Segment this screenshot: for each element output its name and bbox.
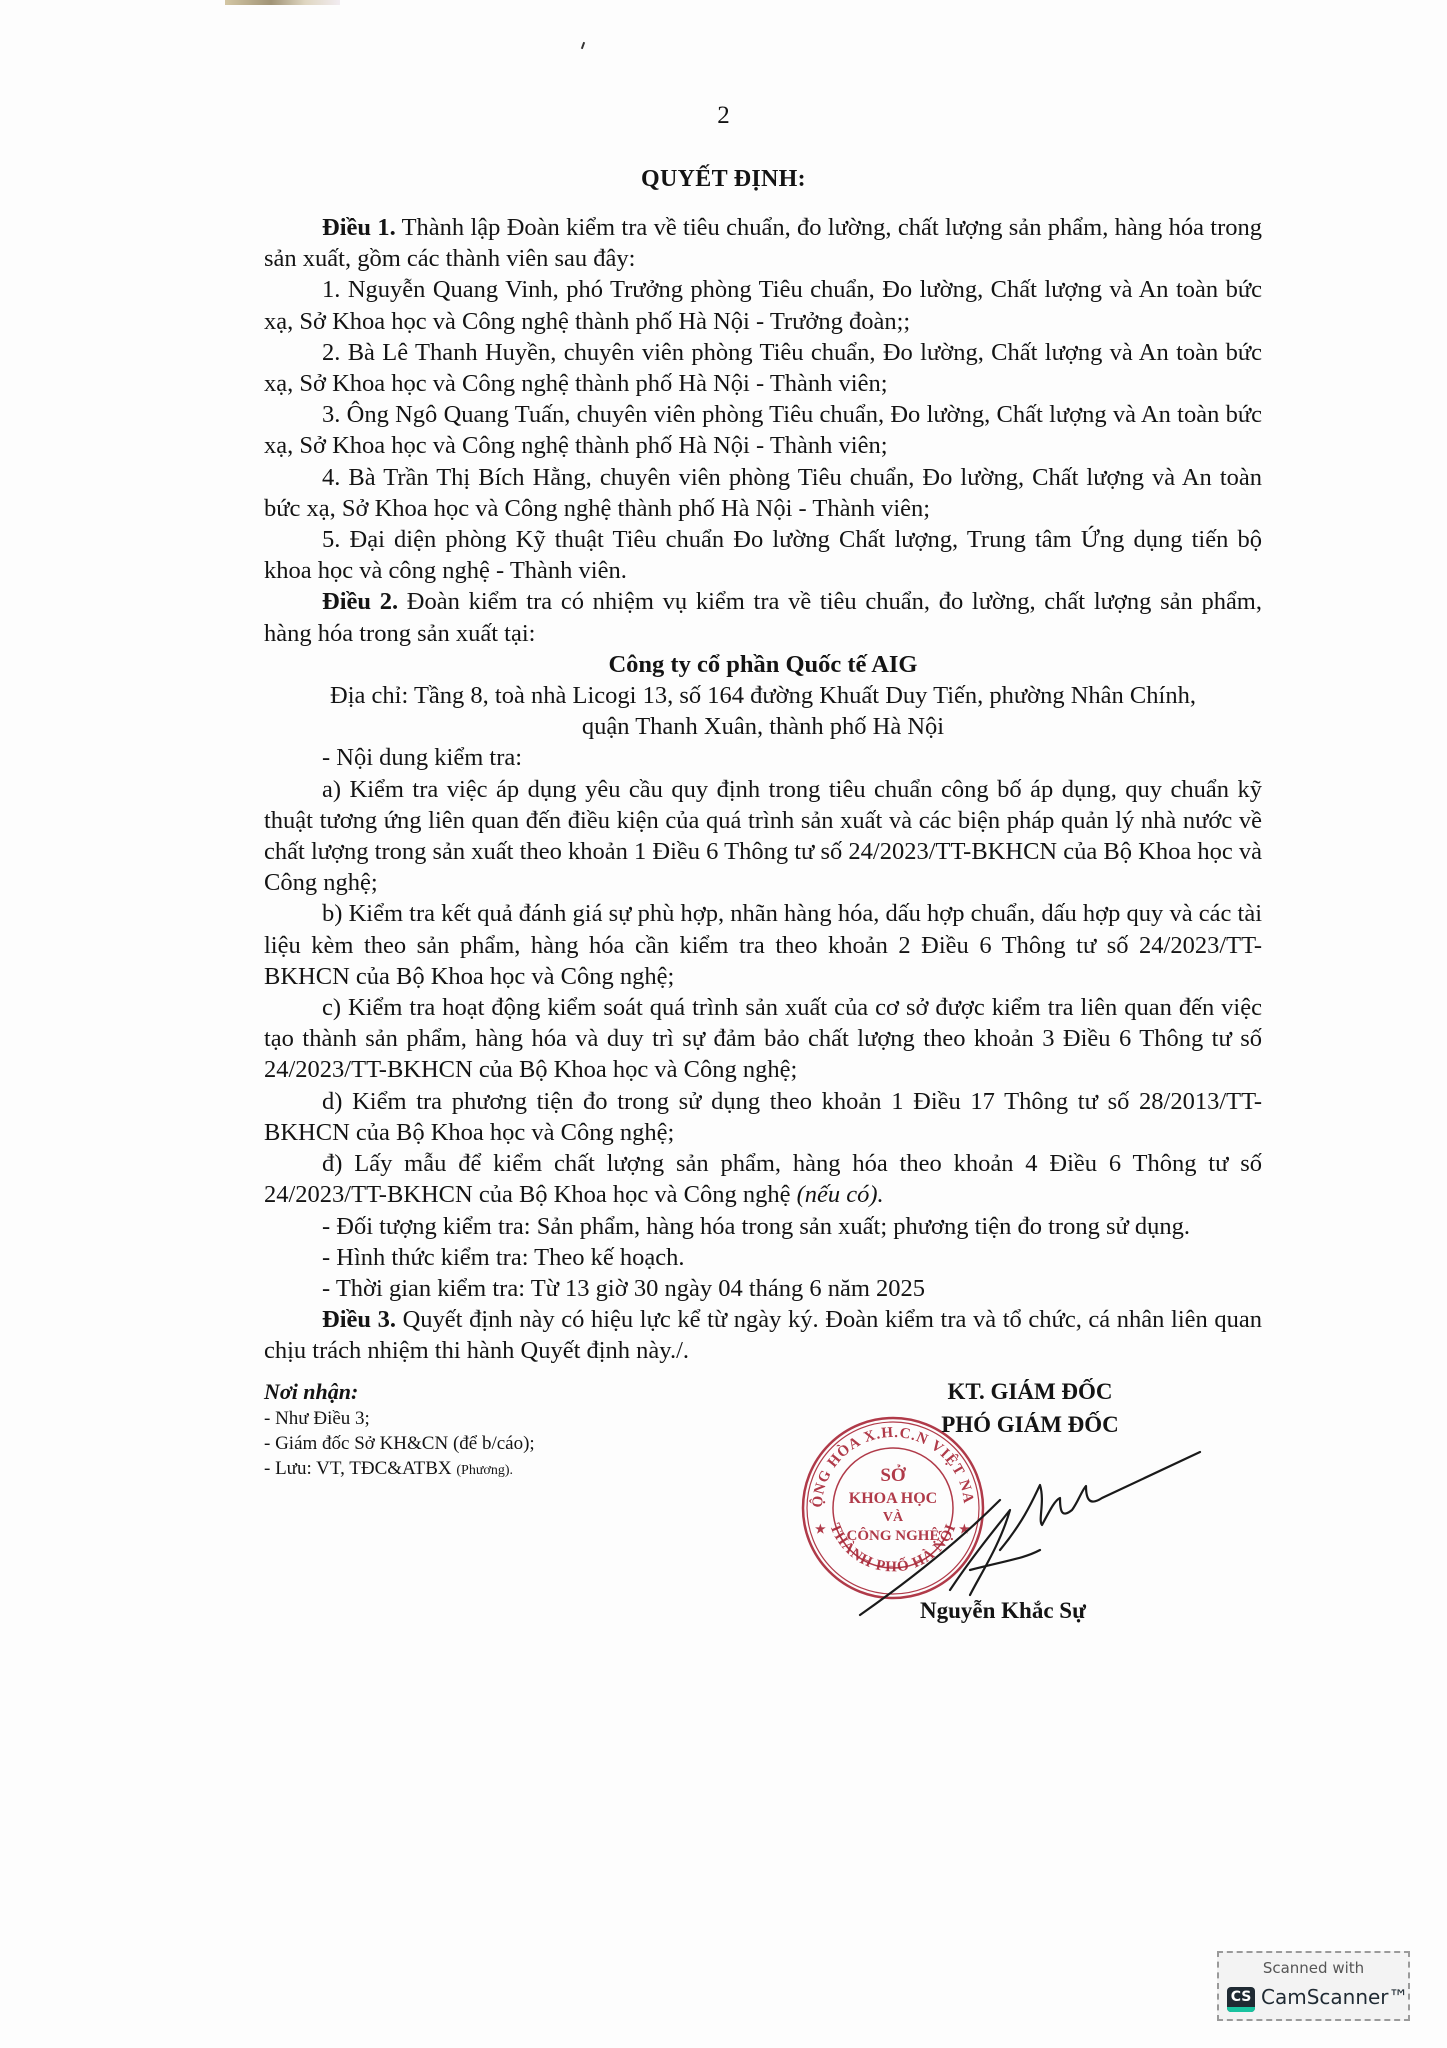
recipients-block: Nơi nhận: - Như Điều 3; - Giám đốc Sở KH… (264, 1378, 535, 1483)
inspection-subject: - Đối tượng kiểm tra: Sản phẩm, hàng hóa… (264, 1211, 1262, 1242)
inspection-time: - Thời gian kiểm tra: Từ 13 giờ 30 ngày … (264, 1273, 1262, 1304)
member-4: 4. Bà Trần Thị Bích Hằng, chuyên viên ph… (264, 462, 1262, 524)
company-name: Công ty cổ phần Quốc tế AIG (264, 649, 1262, 680)
watermark-caption: Scanned with (1219, 1959, 1408, 1977)
member-5: 5. Đại diện phòng Kỹ thuật Tiêu chuẩn Đo… (264, 524, 1262, 586)
signer-title-1: KT. GIÁM ĐỐC (880, 1375, 1180, 1408)
content-item-dd: đ) Lấy mẫu để kiểm chất lượng sản phẩm, … (264, 1148, 1262, 1210)
decision-body: Điều 1. Thành lập Đoàn kiểm tra về tiêu … (264, 212, 1262, 1367)
recipients-heading: Nơi nhận: (264, 1378, 535, 1406)
company-address-line-1: Địa chỉ: Tầng 8, toà nhà Licogi 13, số 1… (264, 680, 1262, 711)
signature-block: KT. GIÁM ĐỐC PHÓ GIÁM ĐỐC (880, 1375, 1180, 1441)
scan-edge-artifact (225, 0, 340, 5)
member-2: 2. Bà Lê Thanh Huyền, chuyên viên phòng … (264, 337, 1262, 399)
member-1: 1. Nguyễn Quang Vinh, phó Trưởng phòng T… (264, 274, 1262, 336)
recipient-item: - Như Điều 3; (264, 1406, 535, 1431)
content-heading: - Nội dung kiểm tra: (264, 742, 1262, 773)
member-3: 3. Ông Ngô Quang Tuấn, chuyên viên phòng… (264, 399, 1262, 461)
content-item-b: b) Kiểm tra kết quả đánh giá sự phù hợp,… (264, 898, 1262, 992)
article-2: Điều 2. Đoàn kiểm tra có nhiệm vụ kiểm t… (264, 586, 1262, 648)
inspection-form: - Hình thức kiểm tra: Theo kế hoạch. (264, 1242, 1262, 1273)
content-item-d: d) Kiểm tra phương tiện đo trong sử dụng… (264, 1086, 1262, 1148)
signer-title-2: PHÓ GIÁM ĐỐC (880, 1408, 1180, 1441)
content-item-a: a) Kiểm tra việc áp dụng yêu cầu quy địn… (264, 774, 1262, 899)
company-address-line-2: quận Thanh Xuân, thành phố Hà Nội (264, 711, 1262, 742)
watermark-brand: CamScanner™ (1261, 1985, 1409, 2009)
document-title: QUYẾT ĐỊNH: (0, 166, 1447, 193)
scan-mark (581, 42, 585, 49)
camscanner-logo-icon: CS (1227, 1987, 1255, 2012)
signer-name: Nguyễn Khắc Sự (920, 1598, 1086, 1624)
camscanner-watermark: Scanned with CS CamScanner™ (1217, 1951, 1410, 2021)
article-1-label: Điều 1. (322, 214, 396, 241)
page-number: 2 (0, 102, 1447, 130)
svg-text:★: ★ (815, 1522, 826, 1536)
content-item-c: c) Kiểm tra hoạt động kiểm soát quá trìn… (264, 992, 1262, 1086)
recipient-item: - Giám đốc Sở KH&CN (để b/cáo); (264, 1431, 535, 1456)
article-3: Điều 3. Quyết định này có hiệu lực kể từ… (264, 1304, 1262, 1366)
recipient-archive: - Lưu: VT, TĐC&ATBX (Phương). (264, 1456, 535, 1483)
article-2-label: Điều 2. (322, 588, 398, 615)
article-1: Điều 1. Thành lập Đoàn kiểm tra về tiêu … (264, 212, 1262, 274)
article-3-label: Điều 3. (322, 1306, 396, 1333)
